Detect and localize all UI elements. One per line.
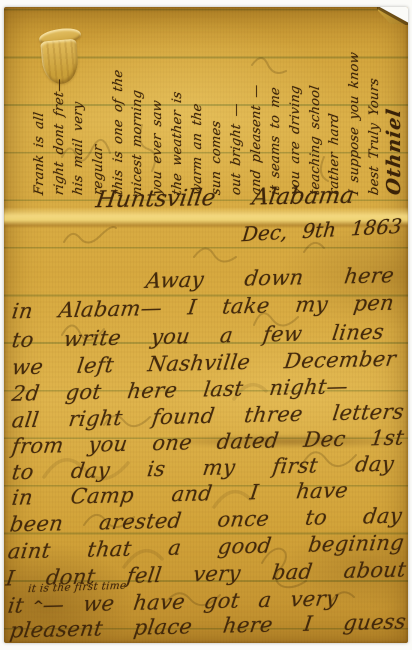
cross-line: nicest morning <box>128 9 148 197</box>
cross-line: warm an the <box>188 9 208 197</box>
cross-line: teaching school <box>306 9 326 197</box>
scanned-letter-image: Frank is all right dont fret— his mail v… <box>0 0 412 650</box>
cross-writing-block: Frank is all right dont fret— his mail v… <box>30 10 405 195</box>
cross-line: the weather is <box>168 9 188 197</box>
cross-line: rather hard <box>325 9 345 197</box>
cross-line: regular <box>89 9 109 197</box>
cross-line: Frank is all <box>30 9 50 197</box>
cross-line: you ever saw <box>148 9 168 197</box>
cross-line: I suppose you know <box>345 9 365 197</box>
cross-line: out bright — <box>227 9 247 197</box>
cross-line: this is one of the <box>109 9 129 197</box>
cross-line: his mail very <box>69 9 89 197</box>
cross-line: you are driving <box>286 9 306 197</box>
cross-line: it seams to me <box>266 9 286 197</box>
signature: Othniel <box>384 8 406 196</box>
letter-page: Frank is all right dont fret— his mail v… <box>4 7 408 643</box>
heading-place: Huntsville Alabama <box>94 183 356 214</box>
cross-line: and pleasent — <box>247 9 267 197</box>
insertion-caret: ^ <box>33 599 44 614</box>
cross-line: best Truly Yours <box>365 9 385 197</box>
cross-line: right dont fret— <box>50 9 70 197</box>
cross-line: sun comes <box>207 9 227 197</box>
